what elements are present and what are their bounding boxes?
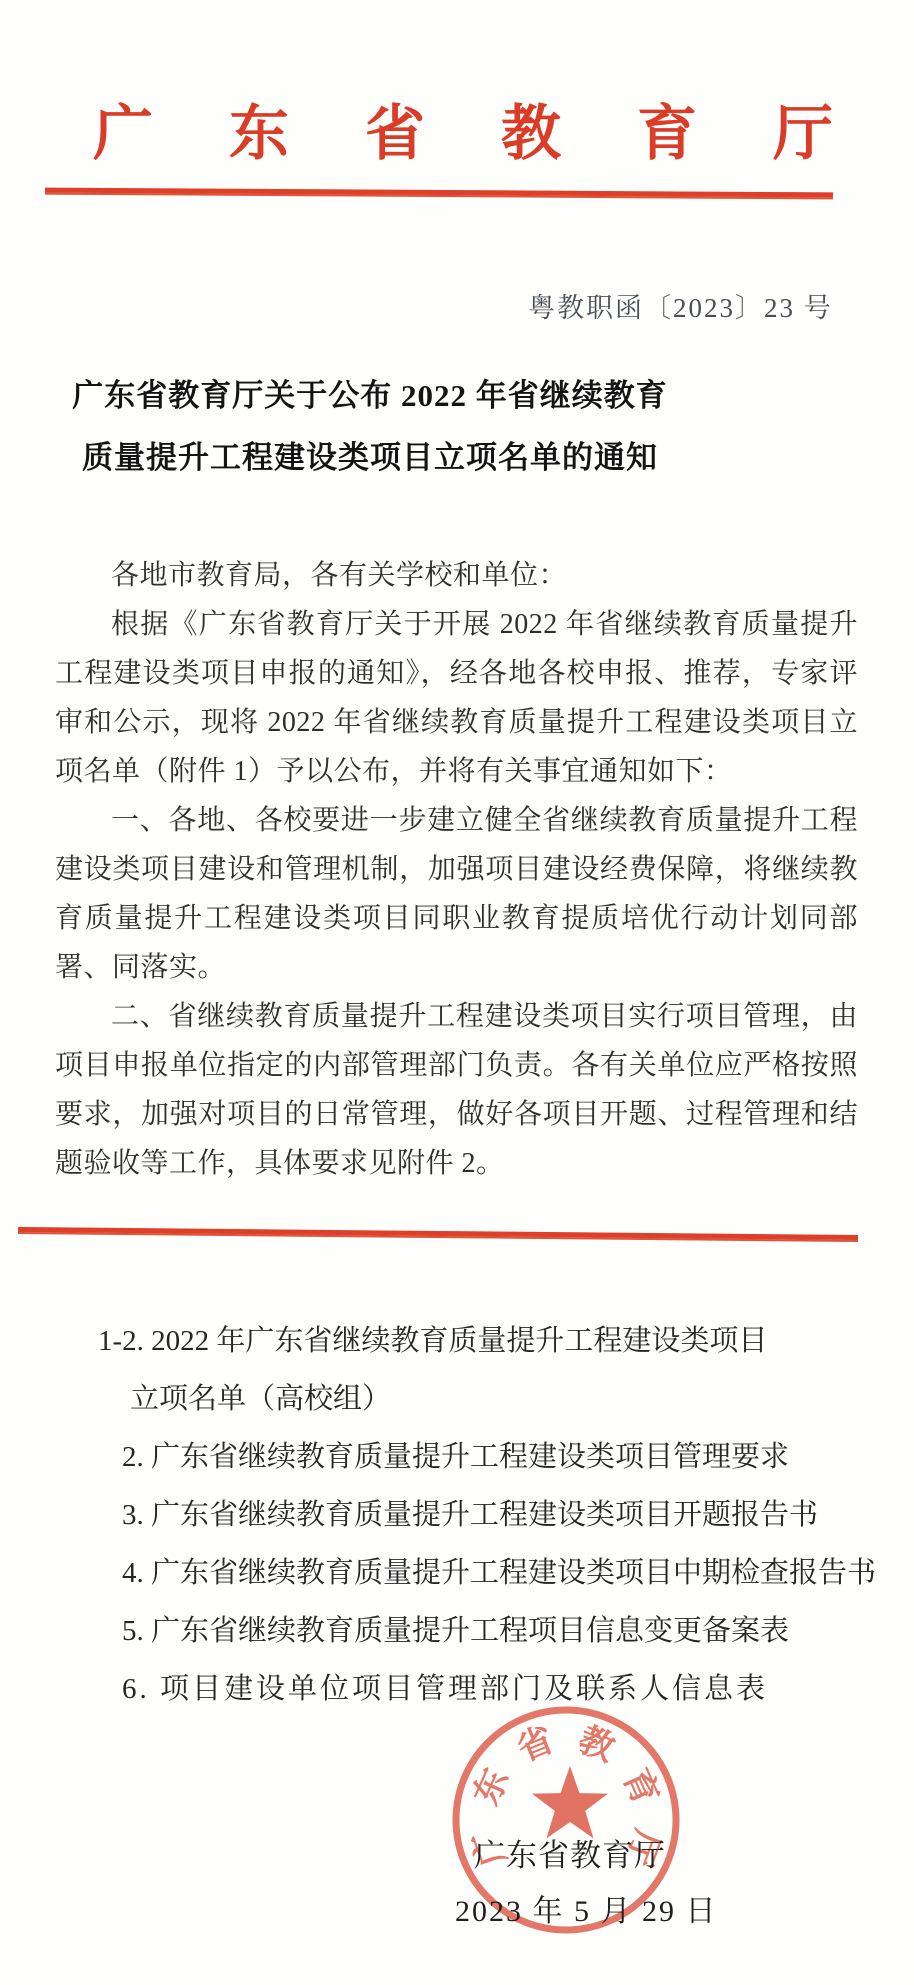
document-title: 广东省教育厅关于公布 2022 年省继续教育 质量提升工程建设类项目立项名单的通…	[50, 365, 690, 489]
body-paragraph-1: 根据《广东省教育厅关于开展 2022 年省继续教育质量提升工程建设类项目申报的通…	[55, 600, 858, 796]
body-paragraph-2: 一、各地、各校要进一步建立健全省继续教育质量提升工程建设类项目建设和管理机制，加…	[55, 796, 858, 992]
seal-arc-char: 育	[616, 1763, 667, 1811]
letterhead-divider-line	[45, 188, 833, 200]
salutation: 各地市教育局，各有关学校和单位：	[55, 551, 858, 600]
letterhead-char: 育	[637, 104, 697, 164]
attachment-item-1-continued: 立项名单（高校组）	[98, 1370, 862, 1428]
body-paragraph-3: 二、省继续教育质量提升工程建设类项目实行项目管理，由项目申报单位指定的内部管理部…	[55, 992, 858, 1188]
letterhead-char: 省	[365, 104, 425, 164]
document-title-line1: 广东省教育厅关于公布 2022 年省继续教育	[50, 365, 690, 427]
seal-arc-char: 东	[467, 1763, 517, 1811]
attachment-item-2: 2. 广东省继续教育质量提升工程建设类项目管理要求	[98, 1428, 862, 1486]
letterhead-char: 教	[501, 104, 561, 164]
document-number: 粤教职函〔2023〕23 号	[528, 286, 833, 325]
letterhead-title: 广 东 省 教 育 厅	[93, 104, 833, 164]
attachment-item-5: 5. 广东省继续教育质量提升工程项目信息变更备案表	[98, 1602, 862, 1660]
document-title-line2: 质量提升工程建设类项目立项名单的通知	[50, 427, 690, 489]
seal-arc-char: 省	[512, 1720, 559, 1769]
letterhead-char: 广	[93, 104, 153, 164]
section-divider-line	[18, 1227, 858, 1242]
attachment-item-1: 1-2. 2022 年广东省继续教育质量提升工程建设类项目	[98, 1312, 862, 1370]
attachment-list: 1-2. 2022 年广东省继续教育质量提升工程建设类项目 立项名单（高校组） …	[98, 1312, 862, 1718]
letterhead-char: 东	[229, 104, 289, 164]
seal-star-icon	[532, 1766, 608, 1838]
document-page: 广 东 省 教 育 厅 粤教职函〔2023〕23 号 广东省教育厅关于公布 20…	[0, 0, 914, 1985]
seal-arc-char: 教	[573, 1720, 621, 1770]
attachment-item-4: 4. 广东省继续教育质量提升工程建设类项目中期检查报告书	[98, 1544, 862, 1602]
letterhead-char: 厅	[773, 104, 833, 164]
issue-date: 2023 年 5 月 29 日	[455, 1886, 718, 1930]
attachment-item-3: 3. 广东省继续教育质量提升工程建设类项目开题报告书	[98, 1486, 862, 1544]
issuing-authority: 广东省教育厅	[474, 1830, 666, 1875]
document-body: 各地市教育局，各有关学校和单位： 根据《广东省教育厅关于开展 2022 年省继续…	[55, 551, 858, 1188]
